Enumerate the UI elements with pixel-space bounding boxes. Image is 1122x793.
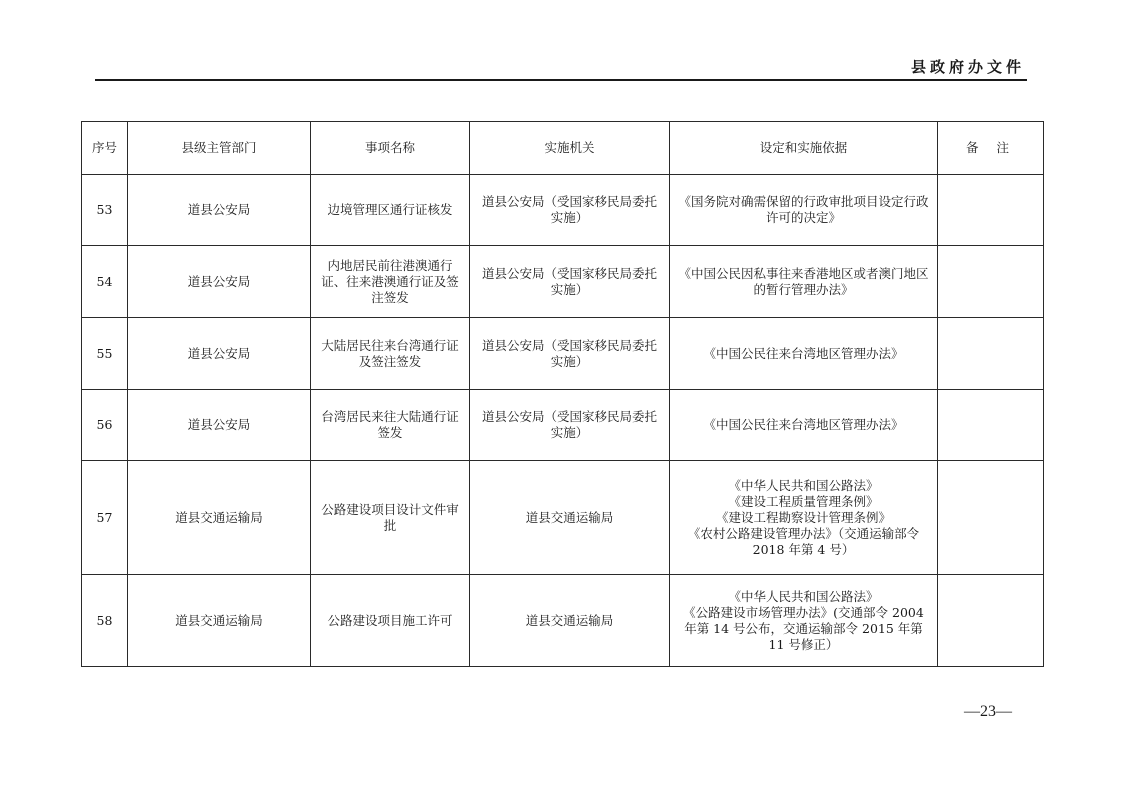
column-header-dept: 县级主管部门: [128, 122, 311, 175]
cell-basis: 《中国公民往来台湾地区管理办法》: [670, 318, 938, 390]
cell-agency: 道县公安局（受国家移民局委托实施）: [470, 246, 670, 318]
cell-dept: 道县交通运输局: [128, 461, 311, 575]
cell-seq: 57: [82, 461, 128, 575]
basis-line: 《中国公民往来台湾地区管理办法》: [676, 346, 931, 362]
cell-basis: 《中国公民往来台湾地区管理办法》: [670, 390, 938, 461]
table-row: 56道县公安局台湾居民来往大陆通行证签发道县公安局（受国家移民局委托实施）《中国…: [82, 390, 1044, 461]
cell-remark: [938, 390, 1044, 461]
table-row: 57道县交通运输局公路建设项目设计文件审批道县交通运输局《中华人民共和国公路法》…: [82, 461, 1044, 575]
basis-line: 《建设工程质量管理条例》: [676, 494, 931, 510]
table-row: 55道县公安局大陆居民往来台湾通行证及签注签发道县公安局（受国家移民局委托实施）…: [82, 318, 1044, 390]
column-header-agency: 实施机关: [470, 122, 670, 175]
cell-basis: 《中国公民因私事往来香港地区或者澳门地区的暂行管理办法》: [670, 246, 938, 318]
cell-agency: 道县公安局（受国家移民局委托实施）: [470, 318, 670, 390]
page-number: —23—: [964, 703, 1012, 721]
cell-remark: [938, 246, 1044, 318]
cell-name: 公路建设项目设计文件审批: [311, 461, 470, 575]
cell-remark: [938, 318, 1044, 390]
cell-name: 内地居民前往港澳通行证、往来港澳通行证及签注签发: [311, 246, 470, 318]
header-title: 县政府办文件: [911, 56, 1025, 77]
cell-agency: 道县公安局（受国家移民局委托实施）: [470, 175, 670, 246]
cell-name: 台湾居民来往大陆通行证签发: [311, 390, 470, 461]
cell-seq: 58: [82, 575, 128, 667]
column-header-remark: 备注: [938, 122, 1044, 175]
document-header: 县政府办文件: [95, 52, 1027, 81]
cell-seq: 55: [82, 318, 128, 390]
cell-agency: 道县交通运输局: [470, 461, 670, 575]
basis-line: 《中华人民共和国公路法》: [676, 478, 931, 494]
basis-line: 《农村公路建设管理办法》（交通运输部令 2018 年第 4 号）: [676, 526, 931, 558]
cell-basis: 《国务院对确需保留的行政审批项目设定行政许可的决定》: [670, 175, 938, 246]
table-row: 53道县公安局边境管理区通行证核发道县公安局（受国家移民局委托实施）《国务院对确…: [82, 175, 1044, 246]
cell-dept: 道县公安局: [128, 318, 311, 390]
cell-dept: 道县交通运输局: [128, 575, 311, 667]
cell-name: 边境管理区通行证核发: [311, 175, 470, 246]
cell-dept: 道县公安局: [128, 390, 311, 461]
basis-line: 《公路建设市场管理办法》(交通部令 2004 年第 14 号公布，交通运输部令 …: [676, 605, 931, 653]
cell-name: 大陆居民往来台湾通行证及签注签发: [311, 318, 470, 390]
administrative-items-table: 序号 县级主管部门 事项名称 实施机关 设定和实施依据 备注 53道县公安局边境…: [81, 121, 1044, 667]
cell-agency: 道县交通运输局: [470, 575, 670, 667]
basis-line: 《国务院对确需保留的行政审批项目设定行政许可的决定》: [676, 194, 931, 226]
column-header-basis: 设定和实施依据: [670, 122, 938, 175]
table-header-row: 序号 县级主管部门 事项名称 实施机关 设定和实施依据 备注: [82, 122, 1044, 175]
column-header-name: 事项名称: [311, 122, 470, 175]
cell-remark: [938, 575, 1044, 667]
basis-line: 《中国公民往来台湾地区管理办法》: [676, 417, 931, 433]
table-row: 54道县公安局内地居民前往港澳通行证、往来港澳通行证及签注签发道县公安局（受国家…: [82, 246, 1044, 318]
cell-dept: 道县公安局: [128, 246, 311, 318]
cell-basis: 《中华人民共和国公路法》《建设工程质量管理条例》《建设工程勘察设计管理条例》《农…: [670, 461, 938, 575]
cell-remark: [938, 461, 1044, 575]
cell-name: 公路建设项目施工许可: [311, 575, 470, 667]
cell-basis: 《中华人民共和国公路法》《公路建设市场管理办法》(交通部令 2004 年第 14…: [670, 575, 938, 667]
cell-agency: 道县公安局（受国家移民局委托实施）: [470, 390, 670, 461]
basis-line: 《建设工程勘察设计管理条例》: [676, 510, 931, 526]
basis-line: 《中华人民共和国公路法》: [676, 589, 931, 605]
cell-remark: [938, 175, 1044, 246]
cell-seq: 56: [82, 390, 128, 461]
column-header-seq: 序号: [82, 122, 128, 175]
table-row: 58道县交通运输局公路建设项目施工许可道县交通运输局《中华人民共和国公路法》《公…: [82, 575, 1044, 667]
cell-seq: 54: [82, 246, 128, 318]
basis-line: 《中国公民因私事往来香港地区或者澳门地区的暂行管理办法》: [676, 266, 931, 298]
cell-dept: 道县公安局: [128, 175, 311, 246]
cell-seq: 53: [82, 175, 128, 246]
